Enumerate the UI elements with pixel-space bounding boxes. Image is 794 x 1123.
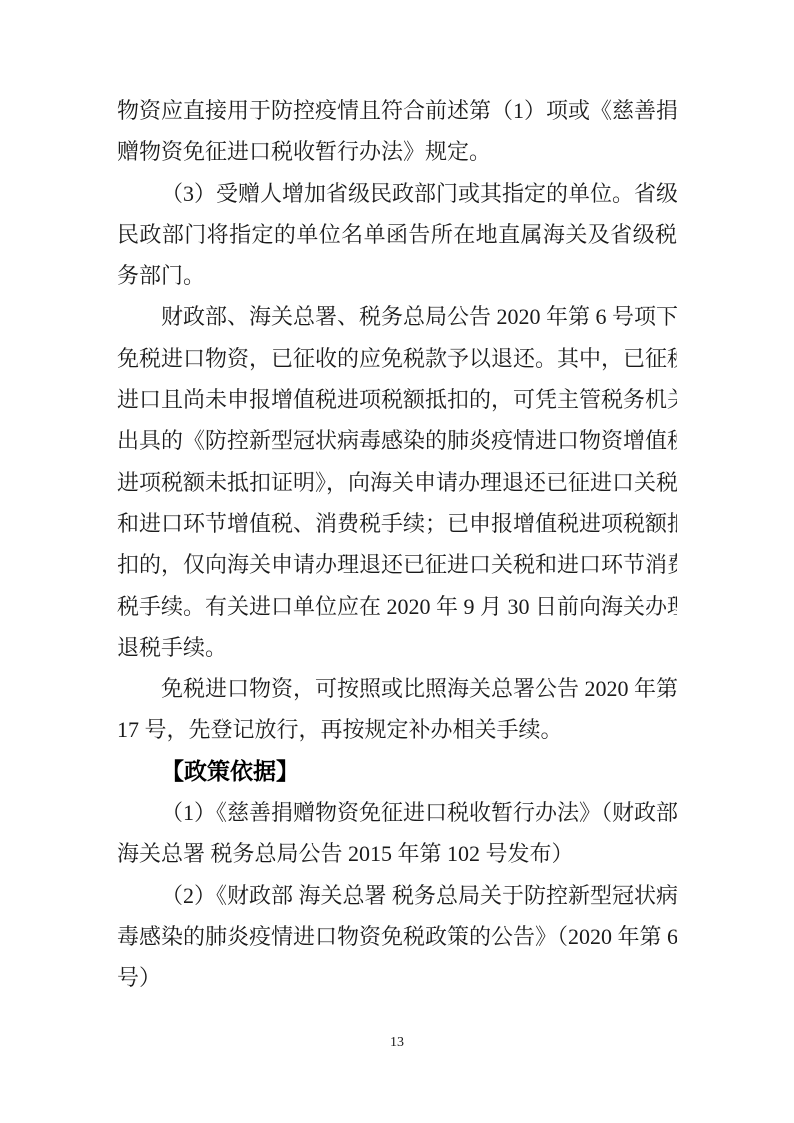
text-line: （3）受赠人增加省级民政部门或其指定的单位。省级 [117,173,677,214]
text-line: 和进口环节增值税、消费税手续；已申报增值税进项税额抵 [117,503,677,544]
text-line: 免税进口物资，已征收的应免税款予以退还。其中，已征税 [117,338,677,379]
text-line: 【政策依据】 [117,751,677,792]
text-line: 进口且尚未申报增值税进项税额抵扣的，可凭主管税务机关 [117,379,677,420]
document-page: 物资应直接用于防控疫情且符合前述第（1）项或《慈善捐赠物资免征进口税收暂行办法》… [0,0,794,1123]
text-line: 毒感染的肺炎疫情进口物资免税政策的公告》（2020 年第 6 [117,916,677,957]
paragraph: （2）《财政部 海关总署 税务总局关于防控新型冠状病毒感染的肺炎疫情进口物资免税… [117,875,677,999]
paragraph: 免税进口物资，可按照或比照海关总署公告 2020 年第17 号，先登记放行，再按… [117,668,677,751]
paragraph: （3）受赠人增加省级民政部门或其指定的单位。省级民政部门将指定的单位名单函告所在… [117,173,677,297]
text-line: 务部门。 [117,255,677,296]
paragraph: （1）《慈善捐赠物资免征进口税收暂行办法》（财政部海关总署 税务总局公告 201… [117,792,677,875]
paragraph: 财政部、海关总署、税务总局公告 2020 年第 6 号项下免税进口物资，已征收的… [117,296,677,668]
paragraph: 物资应直接用于防控疫情且符合前述第（1）项或《慈善捐赠物资免征进口税收暂行办法》… [117,90,677,173]
text-line: 海关总署 税务总局公告 2015 年第 102 号发布） [117,833,677,874]
text-line: 出具的《防控新型冠状病毒感染的肺炎疫情进口物资增值税 [117,420,677,461]
text-line: 免税进口物资，可按照或比照海关总署公告 2020 年第 [117,668,677,709]
text-line: 17 号，先登记放行，再按规定补办相关手续。 [117,709,677,750]
text-line: 民政部门将指定的单位名单函告所在地直属海关及省级税 [117,214,677,255]
text-line: 退税手续。 [117,627,677,668]
text-line: 物资应直接用于防控疫情且符合前述第（1）项或《慈善捐 [117,90,677,131]
page-number: 13 [390,1035,404,1050]
text-line: 财政部、海关总署、税务总局公告 2020 年第 6 号项下 [117,296,677,337]
page-footer: 13 [0,1033,794,1051]
text-line: （2）《财政部 海关总署 税务总局关于防控新型冠状病 [117,875,677,916]
document-content: 物资应直接用于防控疫情且符合前述第（1）项或《慈善捐赠物资免征进口税收暂行办法》… [117,90,677,999]
section-heading: 【政策依据】 [117,751,677,792]
text-line: 号） [117,957,677,998]
text-line: 赠物资免征进口税收暂行办法》规定。 [117,131,677,172]
text-line: 扣的，仅向海关申请办理退还已征进口关税和进口环节消费 [117,544,677,585]
text-line: 进项税额未抵扣证明》，向海关申请办理退还已征进口关税 [117,462,677,503]
text-line: 税手续。有关进口单位应在 2020 年 9 月 30 日前向海关办理 [117,586,677,627]
text-line: （1）《慈善捐赠物资免征进口税收暂行办法》（财政部 [117,792,677,833]
